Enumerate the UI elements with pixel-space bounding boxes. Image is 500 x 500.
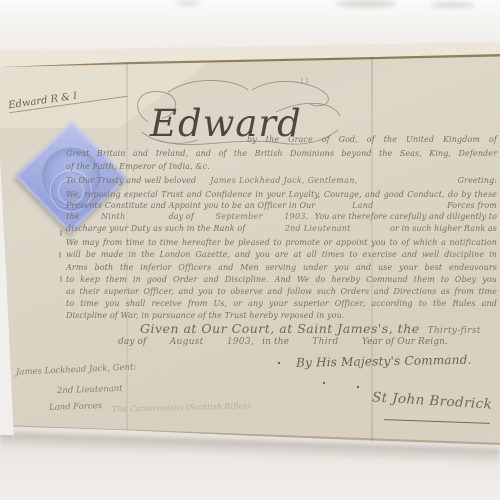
engraved-text: Greeting: <box>458 176 497 185</box>
handwritten-regnal-year: Third <box>312 337 338 347</box>
document-line: To Our Trusty and well beloved James Loc… <box>66 176 497 185</box>
ink-smudge <box>176 1 200 6</box>
document-line: will be made in the London Gazette, and … <box>66 250 497 259</box>
ink-speck <box>357 386 359 388</box>
ink-smudge <box>430 2 475 8</box>
document-line: by the Grace of God, of the United Kingd… <box>247 135 497 144</box>
engraved-text: discharge your Duty as such in the Rank … <box>66 224 245 233</box>
handwritten-month: September <box>215 212 262 221</box>
engraved-text: Presents Constitute and Appoint you to b… <box>66 201 315 210</box>
document-line: to time you shall receive from Us, or an… <box>66 299 497 308</box>
secretary-signature: St John Brodrick <box>372 389 493 412</box>
handwritten-year: 1903. <box>284 212 308 221</box>
margin-note-regiment: The Cameronians (Scottish Rifles). <box>112 401 253 414</box>
engraved-text: in the <box>262 337 289 347</box>
photo-background: Edward R & I 13 Edward by the Grace of G… <box>0 0 500 500</box>
document-line: the Ninth day of September 1903. You are… <box>66 212 497 221</box>
command-line: By His Majesty's Command. <box>296 352 498 370</box>
attestation-line: Given at Our Court, at Saint James's, th… <box>140 321 412 336</box>
handwritten-month: August <box>170 337 204 347</box>
document-line: Presents Constitute and Appoint you to b… <box>66 201 497 210</box>
margin-note-rank: 2nd Lieutenant <box>57 384 123 396</box>
margin-tick <box>60 230 62 236</box>
engraved-text: or in such higher Rank as <box>390 224 497 233</box>
document-line: Great Britain and Ireland, and of the Br… <box>66 149 497 158</box>
document-line: Discipline of War, in pursuance of the T… <box>66 311 366 320</box>
title-calligraphy: Edward <box>128 80 353 160</box>
margin-tick <box>59 252 61 258</box>
document-line: discharge your Duty as such in the Rank … <box>66 224 497 233</box>
attestation-line: day of August 1903, in the Third Year of… <box>118 337 448 347</box>
signature-underline <box>384 419 490 424</box>
margin-note-force: Land Forces <box>49 401 102 413</box>
handwritten-title: , Gentleman, <box>302 176 358 185</box>
document-line: to keep them in good Order and Disciplin… <box>66 275 497 284</box>
document-line: as their superior Officer, and you to ob… <box>66 287 497 296</box>
handwritten-rank: 2nd Lieutenant <box>285 224 351 233</box>
document-line: Arms both the inferior Officers and Men … <box>66 263 497 272</box>
ink-speck <box>278 362 280 364</box>
ink-speck <box>323 382 325 384</box>
engraved-text: day of <box>169 212 194 221</box>
margin-tick <box>60 276 62 282</box>
commission-document: Edward R & I 13 Edward by the Grace of G… <box>0 0 500 500</box>
engraved-text: the <box>66 212 79 221</box>
engraved-text: Year of Our Reign. <box>362 337 448 347</box>
handwritten-day: Ninth <box>101 212 126 221</box>
engraved-text: day of <box>118 337 146 347</box>
ink-smudge <box>336 0 396 8</box>
document-line: We may from time to time hereafter be pl… <box>66 238 497 247</box>
document-line: of the Faith, Emperor of India, &c. <box>66 162 286 171</box>
engraved-text: To Our Trusty and well beloved <box>66 176 196 185</box>
engraved-text: Given at Our Court, at Saint James's, th… <box>140 321 420 336</box>
margin-note-name: James Lockhead Jack, Gent: <box>16 362 137 377</box>
engraved-text: You are therefore carefully and diligent… <box>315 212 497 221</box>
handwritten-date: Thirty-first <box>428 326 481 336</box>
document-line: We, reposing especial Trust and Confiden… <box>66 190 497 199</box>
engraved-text: Forces from <box>447 201 497 210</box>
handwritten-force: Land <box>352 201 374 210</box>
handwritten-year: 1903, <box>227 337 254 347</box>
handwritten-name: James Lockhead Jack <box>210 176 302 185</box>
